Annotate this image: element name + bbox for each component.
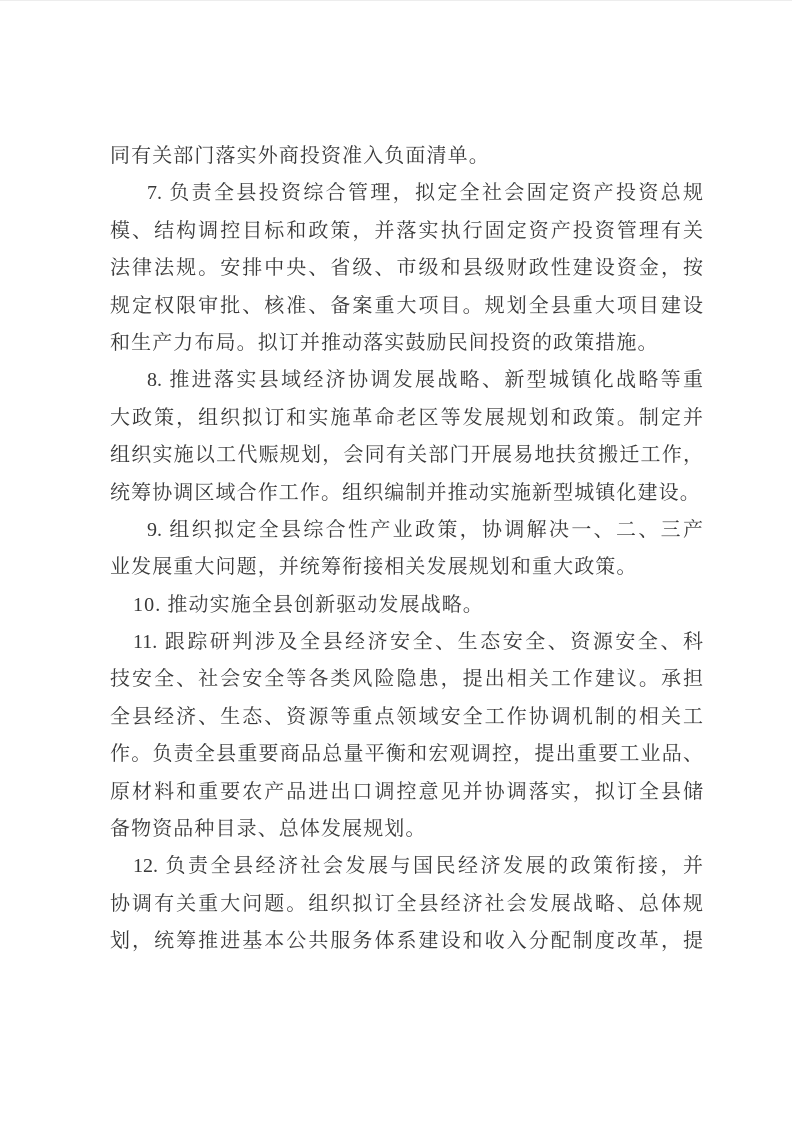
text-line: 大政策，组织拟订和实施革命老区等发展规划和政策。制定并: [110, 400, 703, 437]
text-line: 原材料和重要农产品进出口调控意见并协调落实，拟订全县储: [110, 774, 703, 811]
text-line: 业发展重大问题，并统筹衔接相关发展规划和重大政策。: [110, 549, 703, 586]
text-line: 统筹协调区域合作工作。组织编制并推动实施新型城镇化建设。: [110, 475, 703, 512]
text-line: 划，统筹推进基本公共服务体系建设和收入分配制度改革，提: [110, 923, 703, 960]
text-line: 组织实施以工代赈规划，会同有关部门开展易地扶贫搬迁工作，: [110, 437, 703, 474]
text-line: 8. 推进落实县域经济协调发展战略、新型城镇化战略等重: [110, 362, 703, 399]
text-line: 全县经济、生态、资源等重点领域安全工作协调机制的相关工: [110, 699, 703, 736]
paragraph: 11. 跟踪研判涉及全县经济安全、生态安全、资源安全、科技安全、社会安全等各类风…: [110, 624, 703, 848]
text-line: 规定权限审批、核准、备案重大项目。规划全县重大项目建设: [110, 288, 703, 325]
text-line: 法律法规。安排中央、省级、市级和县级财政性建设资金，按: [110, 250, 703, 287]
text-line: 11. 跟踪研判涉及全县经济安全、生态安全、资源安全、科: [110, 624, 703, 661]
paragraph: 9. 组织拟定全县综合性产业政策，协调解决一、二、三产业发展重大问题，并统筹衔接…: [110, 512, 703, 587]
text-line: 10. 推动实施全县创新驱动发展战略。: [110, 587, 703, 624]
paragraph: 10. 推动实施全县创新驱动发展战略。: [110, 587, 703, 624]
document-text: 同有关部门落实外商投资准入负面清单。7. 负责全县投资综合管理，拟定全社会固定资…: [110, 138, 703, 961]
text-line: 技安全、社会安全等各类风险隐患，提出相关工作建议。承担: [110, 661, 703, 698]
paragraph: 8. 推进落实县域经济协调发展战略、新型城镇化战略等重大政策，组织拟订和实施革命…: [110, 362, 703, 512]
document-page: 同有关部门落实外商投资准入负面清单。7. 负责全县投资综合管理，拟定全社会固定资…: [0, 0, 792, 1121]
text-line: 备物资品种目录、总体发展规划。: [110, 811, 703, 848]
paragraph: 12. 负责全县经济社会发展与国民经济发展的政策衔接，并协调有关重大问题。组织拟…: [110, 848, 703, 960]
text-line: 模、结构调控目标和政策，并落实执行固定资产投资管理有关: [110, 213, 703, 250]
text-line: 9. 组织拟定全县综合性产业政策，协调解决一、二、三产: [110, 512, 703, 549]
text-line: 和生产力布局。拟订并推动落实鼓励民间投资的政策措施。: [110, 325, 703, 362]
text-line: 协调有关重大问题。组织拟订全县经济社会发展战略、总体规: [110, 886, 703, 923]
text-line: 7. 负责全县投资综合管理，拟定全社会固定资产投资总规: [110, 175, 703, 212]
text-line: 同有关部门落实外商投资准入负面清单。: [110, 138, 703, 175]
text-line: 作。负责全县重要商品总量平衡和宏观调控，提出重要工业品、: [110, 736, 703, 773]
paragraph: 同有关部门落实外商投资准入负面清单。: [110, 138, 703, 175]
paragraph: 7. 负责全县投资综合管理，拟定全社会固定资产投资总规模、结构调控目标和政策，并…: [110, 175, 703, 362]
text-line: 12. 负责全县经济社会发展与国民经济发展的政策衔接，并: [110, 848, 703, 885]
